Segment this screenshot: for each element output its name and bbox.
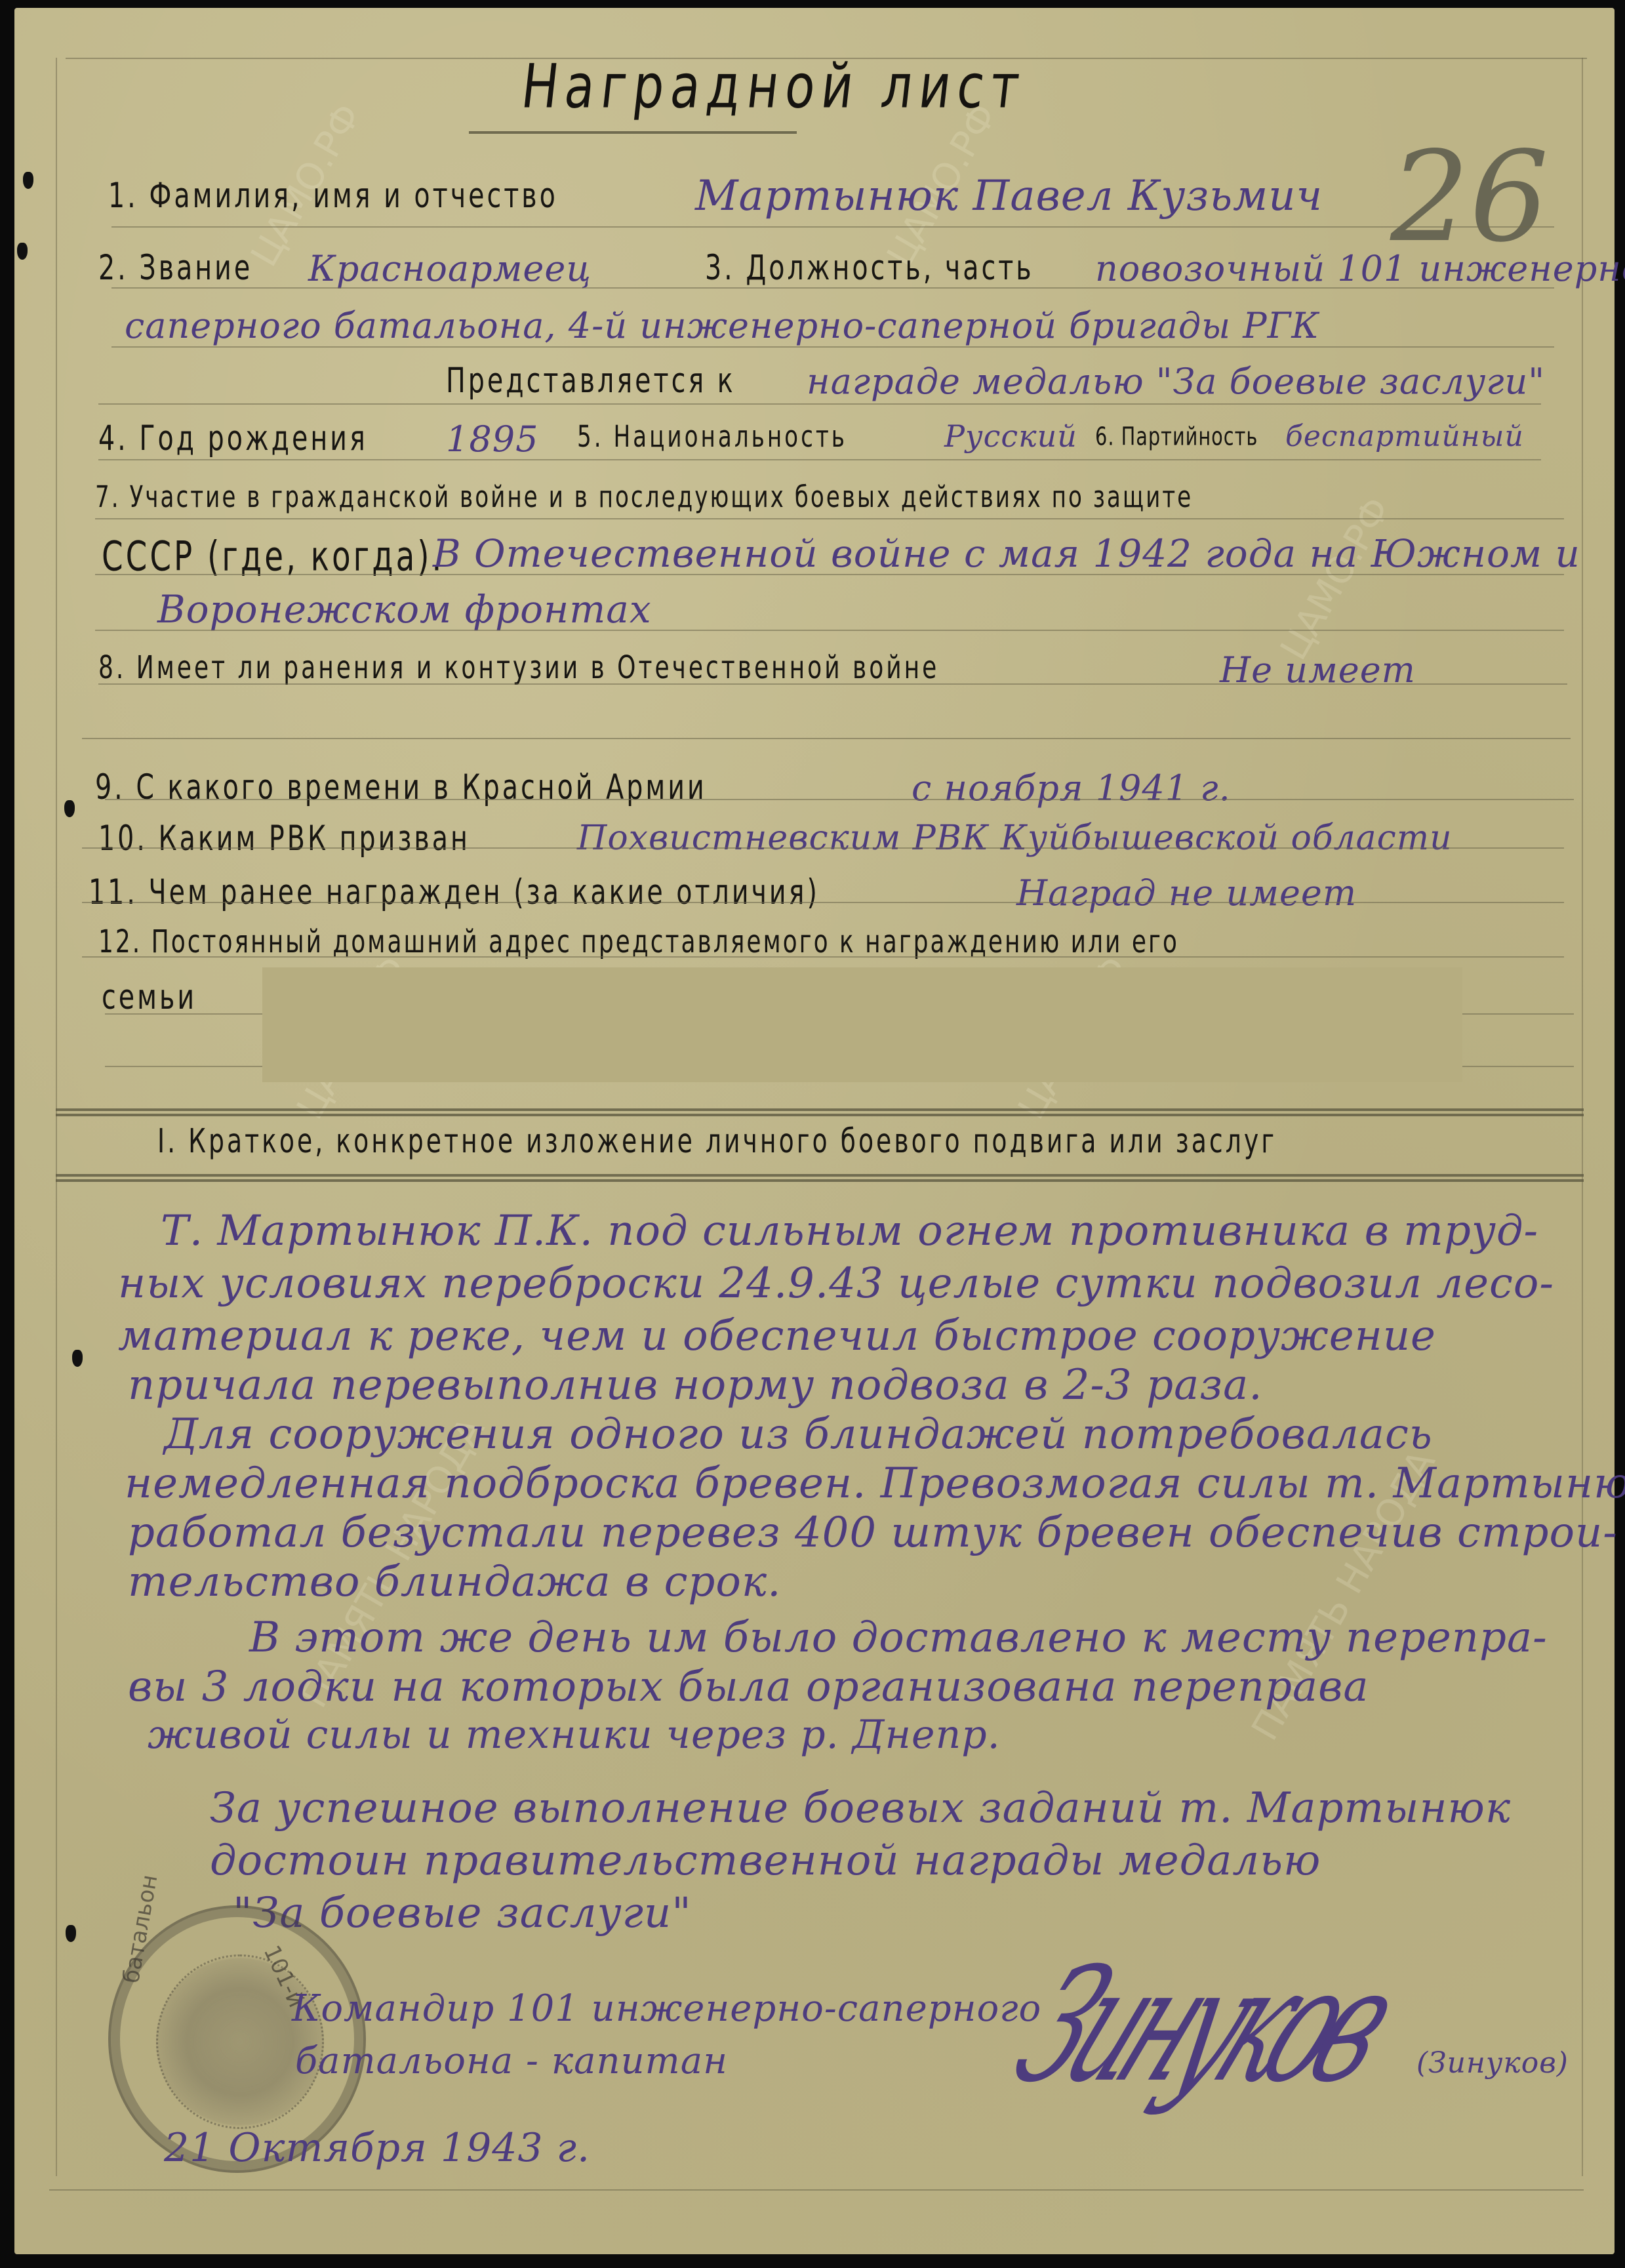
document-title: Наградной лист [518,52,1030,123]
page-frame-left [56,58,57,2176]
narrative-line: Т. Мартынюк П.К. под сильным огнем проти… [161,1207,1538,1255]
field-7-label-line-1: 7. Участие в гражданской войне и в после… [95,479,1193,514]
narrative-line: ных условиях переброски 24.9.43 целые су… [118,1259,1554,1308]
line [95,630,1564,631]
field-2-value: Красноармеец [308,248,592,289]
punch-mark [17,243,28,260]
field-7-value-line-2: Воронежском фронтах [157,587,652,632]
punch-mark [23,172,33,189]
narrative-line: вы 3 лодки на которых была организована … [128,1663,1369,1711]
section-rule-bottom [56,1174,1584,1177]
narrative-line: достоин правительственной награды медаль… [210,1836,1321,1885]
signatory-title-line-1: Командир 101 инженерно-саперного [292,1987,1041,2030]
field-11-value: Наград не имеет [1016,872,1357,914]
punch-mark [66,1925,76,1942]
field-6-value: беспартийный [1285,420,1524,453]
line [95,518,1564,519]
line [98,403,1541,405]
line [111,226,1554,228]
narrative-line: материал к реке, чем и обеспечил быстрое… [118,1312,1436,1360]
document-date: 21 Октября 1943 г. [164,2125,590,2171]
narrative-line: Для сооружения одного из блиндажей потре… [164,1410,1433,1459]
presented-value: награде медалью "За боевые заслуги" [807,361,1545,402]
narrative-line: немедленная подброска бревен. Превозмога… [125,1459,1625,1508]
line [82,738,1571,739]
field-4-label: 4. Год рождения [98,418,368,458]
narrative-line: живой силы и техники через р. Днепр. [148,1712,1001,1758]
field-2-label: 2. Звание [98,248,252,288]
field-3-value-line-2: саперного батальона, 4-й инженерно-сапер… [125,305,1319,346]
field-1-label: 1. Фамилия, имя и отчество [108,176,558,216]
field-10-value: Похвистневским РВК Куйбышевской области [577,819,1453,858]
redacted-address [262,967,1462,1082]
signatory-title-line-2: батальона - капитан [295,2040,728,2082]
line [98,683,1567,685]
narrative-line: причала перевыполнив норму подвоза в 2-3… [128,1361,1263,1409]
bottom-rule [49,2189,1584,2191]
section-1-heading: I. Краткое, конкретное изложение личного… [157,1122,1277,1160]
page-frame-right [1582,58,1583,2176]
line [82,847,1564,849]
field-5-label: 5. Национальность [577,419,847,454]
section-rule-top [56,1108,1584,1111]
line [82,902,1564,903]
field-3-label: 3. Должность, часть [705,248,1034,288]
line [105,799,1574,800]
line [111,346,1554,348]
field-10-label: 10. Каким РВК призван [98,819,470,859]
field-1-value: Мартынюк Павел Кузьмич [695,172,1323,220]
punch-mark [72,1350,83,1367]
signatory-name: (Зинуков) [1416,2046,1569,2080]
field-5-value: Русский [944,418,1077,454]
line [111,287,1554,289]
narrative-line: работал безустали перевез 400 штук бреве… [128,1509,1618,1557]
field-7-value-line-1: В Отечественной войне с мая 1942 года на… [433,531,1580,576]
presented-label: Представляется к [446,361,736,401]
field-9-label: 9. С какого времени в Красной Армии [95,767,707,807]
field-11-label: 11. Чем ранее награжден (за какие отличи… [89,872,820,912]
field-4-value: 1895 [446,418,538,460]
field-12-label-line-2: семьи [102,977,197,1017]
line [98,459,1541,460]
narrative-line: В этот же день им было доставлено к мест… [249,1613,1548,1662]
field-8-label: 8. Имеет ли ранения и контузии в Отечест… [98,650,939,686]
title-underline [469,131,797,134]
line [82,956,1564,958]
line [95,574,1564,575]
field-9-value: с ноября 1941 г. [912,767,1231,809]
narrative-line: За успешное выполнение боевых заданий т.… [210,1784,1511,1833]
narrative-line: тельство блиндажа в срок. [128,1558,781,1606]
field-3-value-line-1: повозочный 101 инженерно- [1095,248,1625,289]
field-6-label: 6. Партийность [1095,421,1258,451]
punch-mark [64,800,75,817]
field-12-label-line-1: 12. Постоянный домашний адрес представля… [98,924,1179,960]
